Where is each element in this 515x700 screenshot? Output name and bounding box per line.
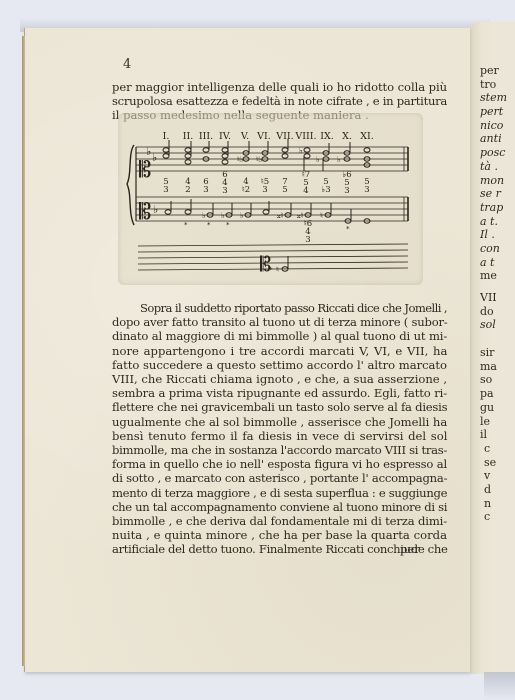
chord-label: III. bbox=[199, 131, 213, 142]
text-line: fatto succedere a questo settimo accordo… bbox=[112, 358, 447, 372]
svg-text:*: * bbox=[269, 266, 273, 274]
text-line: che un tal accompagnamento conviene al t… bbox=[112, 500, 447, 514]
svg-text:♭: ♭ bbox=[316, 155, 320, 164]
right-line: mon bbox=[480, 174, 515, 188]
svg-text:♭: ♭ bbox=[299, 146, 303, 155]
right-line: me bbox=[480, 269, 515, 283]
right-line: c bbox=[480, 510, 515, 524]
figure: 3 bbox=[262, 185, 267, 195]
right-line: ma bbox=[480, 360, 515, 374]
figure: 4 bbox=[303, 186, 308, 196]
figure: 2 bbox=[185, 185, 190, 195]
svg-text:*: * bbox=[226, 221, 230, 229]
svg-text:*: * bbox=[207, 221, 211, 229]
right-line: anti bbox=[480, 132, 515, 146]
svg-text:*: * bbox=[184, 221, 188, 229]
text-line: nuita , e quinta minore , che ha per bas… bbox=[112, 528, 447, 542]
text-line: per maggior intelligenza delle quali io … bbox=[112, 80, 447, 94]
figure: 3 bbox=[222, 186, 227, 196]
text-line: scrupolosa esattezza e fedeltà in note c… bbox=[112, 94, 447, 108]
svg-text:𝄪♮: 𝄪♮ bbox=[277, 211, 284, 220]
chord-label: IV. bbox=[219, 131, 231, 142]
right-line: se bbox=[480, 456, 515, 470]
svg-text:♭: ♭ bbox=[153, 203, 158, 216]
text-line: ugualmente che al sol bimmolle , asseris… bbox=[112, 415, 447, 429]
right-line: c bbox=[480, 442, 515, 456]
svg-text:♭: ♭ bbox=[202, 211, 206, 220]
right-page-shadow bbox=[484, 672, 515, 700]
right-line: se r bbox=[480, 187, 515, 201]
chord-label: VIII. bbox=[294, 131, 316, 142]
right-line bbox=[480, 332, 515, 346]
right-line: tro bbox=[480, 78, 515, 92]
chord-label: X. bbox=[342, 131, 352, 142]
figure: 5 bbox=[282, 185, 287, 195]
text-line: forma in quello che io nell' esposta fig… bbox=[112, 457, 447, 471]
right-line bbox=[480, 283, 515, 291]
figure: ♮2 bbox=[242, 185, 250, 195]
right-line: sir bbox=[480, 346, 515, 360]
text-line: di sotto , e marcato con asterisco , por… bbox=[112, 471, 447, 485]
svg-text:♮♭: ♮♭ bbox=[256, 155, 263, 164]
right-line: a t. bbox=[480, 215, 515, 229]
text-line: flettere che nei gravicembali un tasto s… bbox=[112, 400, 447, 414]
chord-label: XI. bbox=[360, 131, 374, 142]
text-line: mento di terza maggiore , e di sesta sup… bbox=[112, 486, 447, 500]
right-line: Il . bbox=[480, 228, 515, 242]
right-line: posc bbox=[480, 146, 515, 160]
figure: 3 bbox=[364, 185, 369, 195]
text-line: nore appartengono i tre accordi marcati … bbox=[112, 344, 447, 358]
figure: 3 bbox=[344, 186, 349, 196]
text-line: bimmolle , e che deriva dal fondamentale… bbox=[112, 514, 447, 528]
svg-text:♭: ♭ bbox=[240, 211, 244, 220]
svg-text:♭: ♭ bbox=[152, 151, 157, 164]
svg-text:♮: ♮ bbox=[276, 265, 279, 274]
chord-label: IX. bbox=[320, 131, 334, 142]
text-line: dopo aver fatto transito al tuono ut di … bbox=[112, 315, 447, 329]
main-paragraph: Sopra il suddetto riportato passo Riccat… bbox=[112, 301, 447, 557]
right-page: per tro stem pert nico anti posc tà . mo… bbox=[470, 22, 515, 674]
page-number: 4 bbox=[123, 57, 131, 72]
chord-label: VII. bbox=[275, 131, 293, 142]
text-line: VIII, che Riccati chiama ignoto , e che,… bbox=[112, 372, 447, 386]
right-line: gu bbox=[480, 401, 515, 415]
chord-label: V. bbox=[240, 131, 249, 142]
right-line: le bbox=[480, 415, 515, 429]
svg-text:𝄡: 𝄡 bbox=[139, 200, 151, 225]
text-line: bimmolle, ma che in sostanza l'accordo m… bbox=[112, 443, 447, 457]
svg-text:♮♭: ♮♭ bbox=[237, 155, 244, 164]
chord-label: VI. bbox=[256, 131, 271, 142]
svg-text:𝄪♮: 𝄪♮ bbox=[297, 211, 304, 220]
svg-text:♭: ♭ bbox=[221, 211, 225, 220]
chord-label: I. bbox=[163, 131, 170, 142]
right-line: n bbox=[480, 497, 515, 511]
text-line: dinato al maggiore di mi bimmolle ) al q… bbox=[112, 329, 447, 343]
right-line: VII bbox=[480, 291, 515, 305]
music-notation: 𝄡 ♭ ♭ 𝄡 ♭ 𝄡 I. II. III. IV. V. VI. VII. … bbox=[118, 113, 423, 285]
right-line: pert bbox=[480, 105, 515, 119]
svg-text:𝄡: 𝄡 bbox=[139, 158, 151, 183]
svg-text:♭: ♭ bbox=[146, 145, 151, 158]
right-line: sol bbox=[480, 318, 515, 332]
right-line: pa bbox=[480, 387, 515, 401]
text-line: artificiale del detto tuono. Finalmente … bbox=[112, 542, 447, 556]
right-line: per bbox=[480, 64, 515, 78]
catchword: per bbox=[400, 542, 420, 556]
text-line: sembra a prima vista ripugnante ed assur… bbox=[112, 386, 447, 400]
right-line: do bbox=[480, 305, 515, 319]
figure: 3 bbox=[305, 235, 310, 245]
text-line: bensì tenuto fermo il fa diesis in vece … bbox=[112, 429, 447, 443]
svg-text:♭: ♭ bbox=[337, 155, 341, 164]
svg-text:♮: ♮ bbox=[320, 211, 323, 220]
right-line: nico bbox=[480, 119, 515, 133]
right-line: v bbox=[480, 469, 515, 483]
figure: ♭3 bbox=[321, 185, 330, 195]
figure: 3 bbox=[163, 185, 168, 195]
right-line: so bbox=[480, 373, 515, 387]
right-line: con bbox=[480, 242, 515, 256]
right-page-text: per tro stem pert nico anti posc tà . mo… bbox=[480, 64, 515, 524]
right-line: tà . bbox=[480, 160, 515, 174]
figure: 3 bbox=[203, 185, 208, 195]
right-line: il bbox=[480, 428, 515, 442]
chord-label: II. bbox=[183, 131, 194, 142]
text-line: Sopra il suddetto riportato passo Riccat… bbox=[112, 301, 447, 315]
right-line: a t bbox=[480, 256, 515, 270]
right-line: stem bbox=[480, 91, 515, 105]
right-line: trap bbox=[480, 201, 515, 215]
music-example-plate: 𝄡 ♭ ♭ 𝄡 ♭ 𝄡 I. II. III. IV. V. VI. VII. … bbox=[118, 113, 423, 285]
right-line: d bbox=[480, 483, 515, 497]
svg-text:*: * bbox=[346, 225, 350, 233]
